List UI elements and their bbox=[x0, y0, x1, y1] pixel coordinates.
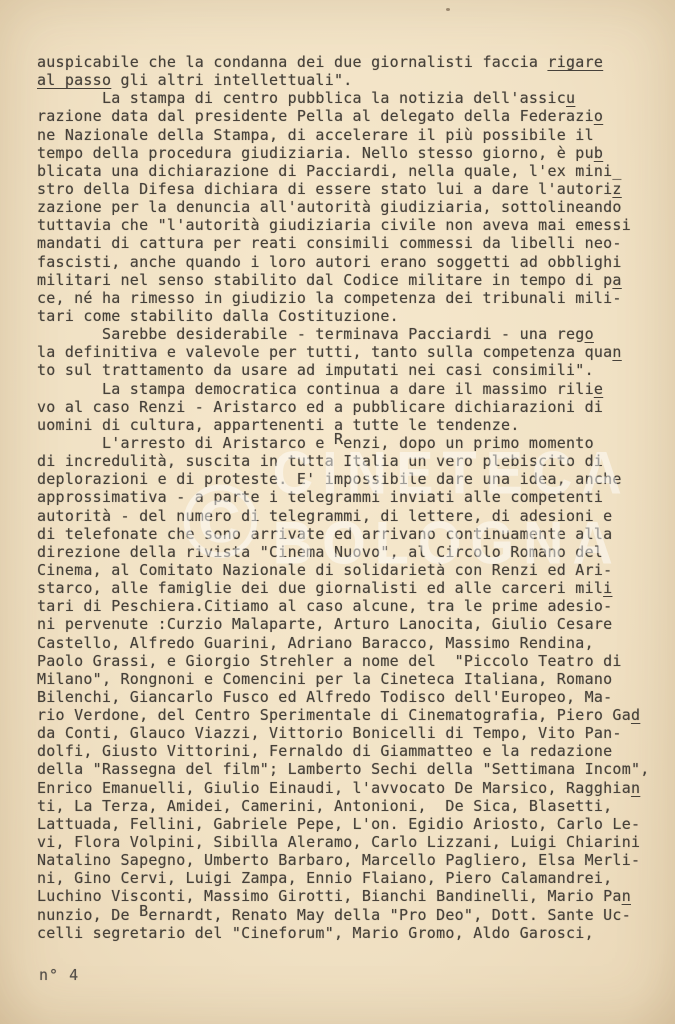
text-line: tempo della procedura giudiziaria. Nello… bbox=[37, 144, 657, 162]
text-line: della "Rassegna del film"; Lamberto Sech… bbox=[37, 760, 657, 778]
text-line: Sarebbe desiderabile - terminava Pacciar… bbox=[37, 325, 657, 343]
text-line: ni pervenute :Curzio Malaparte, Arturo L… bbox=[37, 615, 657, 633]
text-line: vo al caso Renzi - Aristarco ed a pubbli… bbox=[37, 398, 657, 416]
text-line: celli segretario del "Cineforum", Mario … bbox=[37, 924, 657, 942]
text-line: Natalino Sapegno, Umberto Barbaro, Marce… bbox=[37, 851, 657, 869]
text-line: uomini di cultura, appartenenti a tutte … bbox=[37, 416, 657, 434]
text-line: starco, alle famiglie dei due giornalist… bbox=[37, 579, 657, 597]
text-line: Bilenchi, Giancarlo Fusco ed Alfredo Tod… bbox=[37, 688, 657, 706]
text-line: Castello, Alfredo Guarini, Adriano Barac… bbox=[37, 634, 657, 652]
text-line: zazione per la denuncia all'autorità giu… bbox=[37, 198, 657, 216]
text-line: razione data dal presidente Pella al del… bbox=[37, 107, 657, 125]
text-line: Luchino Visconti, Massimo Girotti, Bianc… bbox=[37, 887, 657, 905]
text-line: La stampa democratica continua a dare il… bbox=[37, 380, 657, 398]
text-line: tari come stabilito dalla Costituzione. bbox=[37, 307, 657, 325]
page-number: n° 4 bbox=[39, 966, 79, 984]
text-line: la definitiva e valevole per tutti, tant… bbox=[37, 343, 657, 361]
text-line: di telefonate che sono arrivate ed arriv… bbox=[37, 525, 657, 543]
paper-speck bbox=[446, 8, 450, 11]
text-line: mandati di cattura per reati consimili c… bbox=[37, 234, 657, 252]
text-line: blicata una dichiarazione di Pacciardi, … bbox=[37, 162, 657, 180]
text-line: tuttavia che "l'autorità giudiziaria civ… bbox=[37, 216, 657, 234]
text-line: auspicabile che la condanna dei due gior… bbox=[37, 53, 657, 71]
document-page: auspicabile che la condanna dei due gior… bbox=[0, 0, 675, 1024]
text-line: rio Verdone, del Centro Sperimentale di … bbox=[37, 706, 657, 724]
text-line: ni, Gino Cervi, Luigi Zampa, Ennio Flaia… bbox=[37, 869, 657, 887]
text-line: ti, La Terza, Amidei, Camerini, Antonion… bbox=[37, 797, 657, 815]
text-line: to sul trattamento da usare ad imputati … bbox=[37, 361, 657, 379]
text-line: Paolo Grassi, e Giorgio Strehler a nome … bbox=[37, 652, 657, 670]
text-line: di incredulità, suscita in tutta Italia … bbox=[37, 452, 657, 470]
text-line: Lattuada, Fellini, Gabriele Pepe, L'on. … bbox=[37, 815, 657, 833]
text-line: direzione della rivista "Cinema Nuovo", … bbox=[37, 543, 657, 561]
text-line: ce, né ha rimesso in giudizio la compete… bbox=[37, 289, 657, 307]
text-line: ne Nazionale della Stampa, di accelerare… bbox=[37, 126, 657, 144]
text-line: Cinema, al Comitato Nazionale di solidar… bbox=[37, 561, 657, 579]
text-line: Enrico Emanuelli, Giulio Einaudi, l'avvo… bbox=[37, 779, 657, 797]
text-line: da Conti, Glauco Viazzi, Vittorio Bonice… bbox=[37, 724, 657, 742]
text-line: stro della Difesa dichiara di essere sta… bbox=[37, 180, 657, 198]
text-line: vi, Flora Volpini, Sibilla Aleramo, Carl… bbox=[37, 833, 657, 851]
text-line: L'arresto di Aristarco e Renzi, dopo un … bbox=[37, 434, 657, 452]
text-line: dolfi, Giusto Vittorini, Fernaldo di Gia… bbox=[37, 742, 657, 760]
text-line: Milano", Rongnoni e Comencini per la Cin… bbox=[37, 670, 657, 688]
text-line: al passo gli altri intellettuali". bbox=[37, 71, 657, 89]
text-line: nunzio, De Bernardt, Renato May della "P… bbox=[37, 906, 657, 924]
text-line: autorità - del numero di telegrammi, di … bbox=[37, 507, 657, 525]
text-line: militari nel senso stabilito dal Codice … bbox=[37, 271, 657, 289]
text-line: deplorazioni e di proteste. E' impossibi… bbox=[37, 470, 657, 488]
text-line: La stampa di centro pubblica la notizia … bbox=[37, 89, 657, 107]
text-line: approssimativa - a parte i telegrammi in… bbox=[37, 488, 657, 506]
text-line: tari di Peschiera.Citiamo al caso alcune… bbox=[37, 597, 657, 615]
text-line: fascisti, anche quando i loro autori era… bbox=[37, 253, 657, 271]
document-body: auspicabile che la condanna dei due gior… bbox=[37, 53, 657, 942]
